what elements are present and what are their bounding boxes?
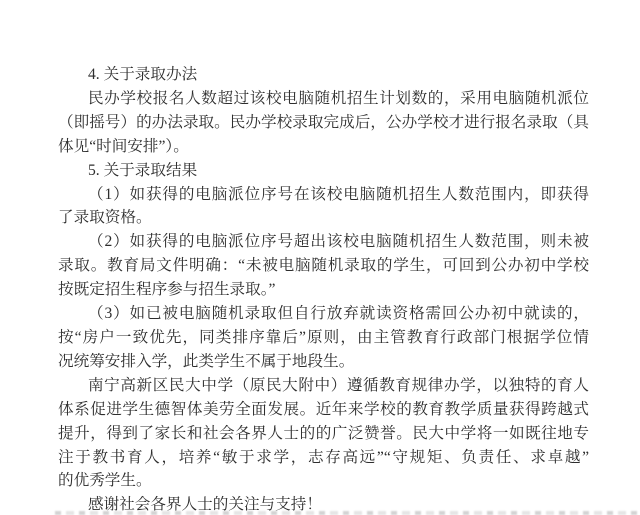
text-line: 南宁高新区民大中学（原民大附中）遵循教育规律办学，以独特的育人	[58, 374, 589, 398]
text-line: 提升，得到了家长和社会各界人士的的广泛赞誉。民大中学将一如既往地专	[58, 422, 589, 446]
text-line: 体系促进学生德智体美劳全面发展。近年来学校的教育教学质量获得跨越式	[58, 398, 589, 422]
text-line: 按既定招生程序参与招生录取。”	[58, 278, 589, 302]
heading-admission-method: 4. 关于录取办法	[58, 63, 589, 87]
text-line: 体见“时间安排”）。	[58, 135, 589, 159]
text-line: （2）如获得的电脑派位序号超出该校电脑随机招生人数范围，则未被	[58, 230, 589, 254]
heading-admission-result: 5. 关于录取结果	[58, 159, 589, 183]
text-block: 4. 关于录取办法 民办学校报名人数超过该校电脑随机招生计划数的，采用电脑随机派…	[58, 63, 589, 515]
text-line: （即摇号）的办法录取。民办学校录取完成后，公办学校才进行报名录取（具	[58, 111, 589, 135]
text-line: 注于教书育人，培养“敏于求学，志存高远”“守规矩、负责任、求卓越”	[58, 446, 589, 470]
text-line: 的优秀学生。	[58, 469, 589, 493]
text-line: 了录取资格。	[58, 206, 589, 230]
text-line: （1）如获得的电脑派位序号在该校电脑随机招生人数范围内，即获得	[58, 183, 589, 207]
document-page: 4. 关于录取办法 民办学校报名人数超过该校电脑随机招生计划数的，采用电脑随机派…	[0, 0, 640, 515]
text-line: 况统筹安排入学，此类学生不属于地段生。	[58, 350, 589, 374]
text-line: 按“房户一致优先，同类排序靠后”原则，由主管教育行政部门根据学位情	[58, 326, 589, 350]
text-line: 录取。教育局文件明确：“未被电脑随机录取的学生，可回到公办初中学校	[58, 254, 589, 278]
cutoff-next-line-artifact	[55, 511, 640, 515]
text-line: 民办学校报名人数超过该校电脑随机招生计划数的，采用电脑随机派位	[58, 87, 589, 111]
text-line: （3）如已被电脑随机录取但自行放弃就读资格需回公办初中就读的，	[58, 302, 589, 326]
